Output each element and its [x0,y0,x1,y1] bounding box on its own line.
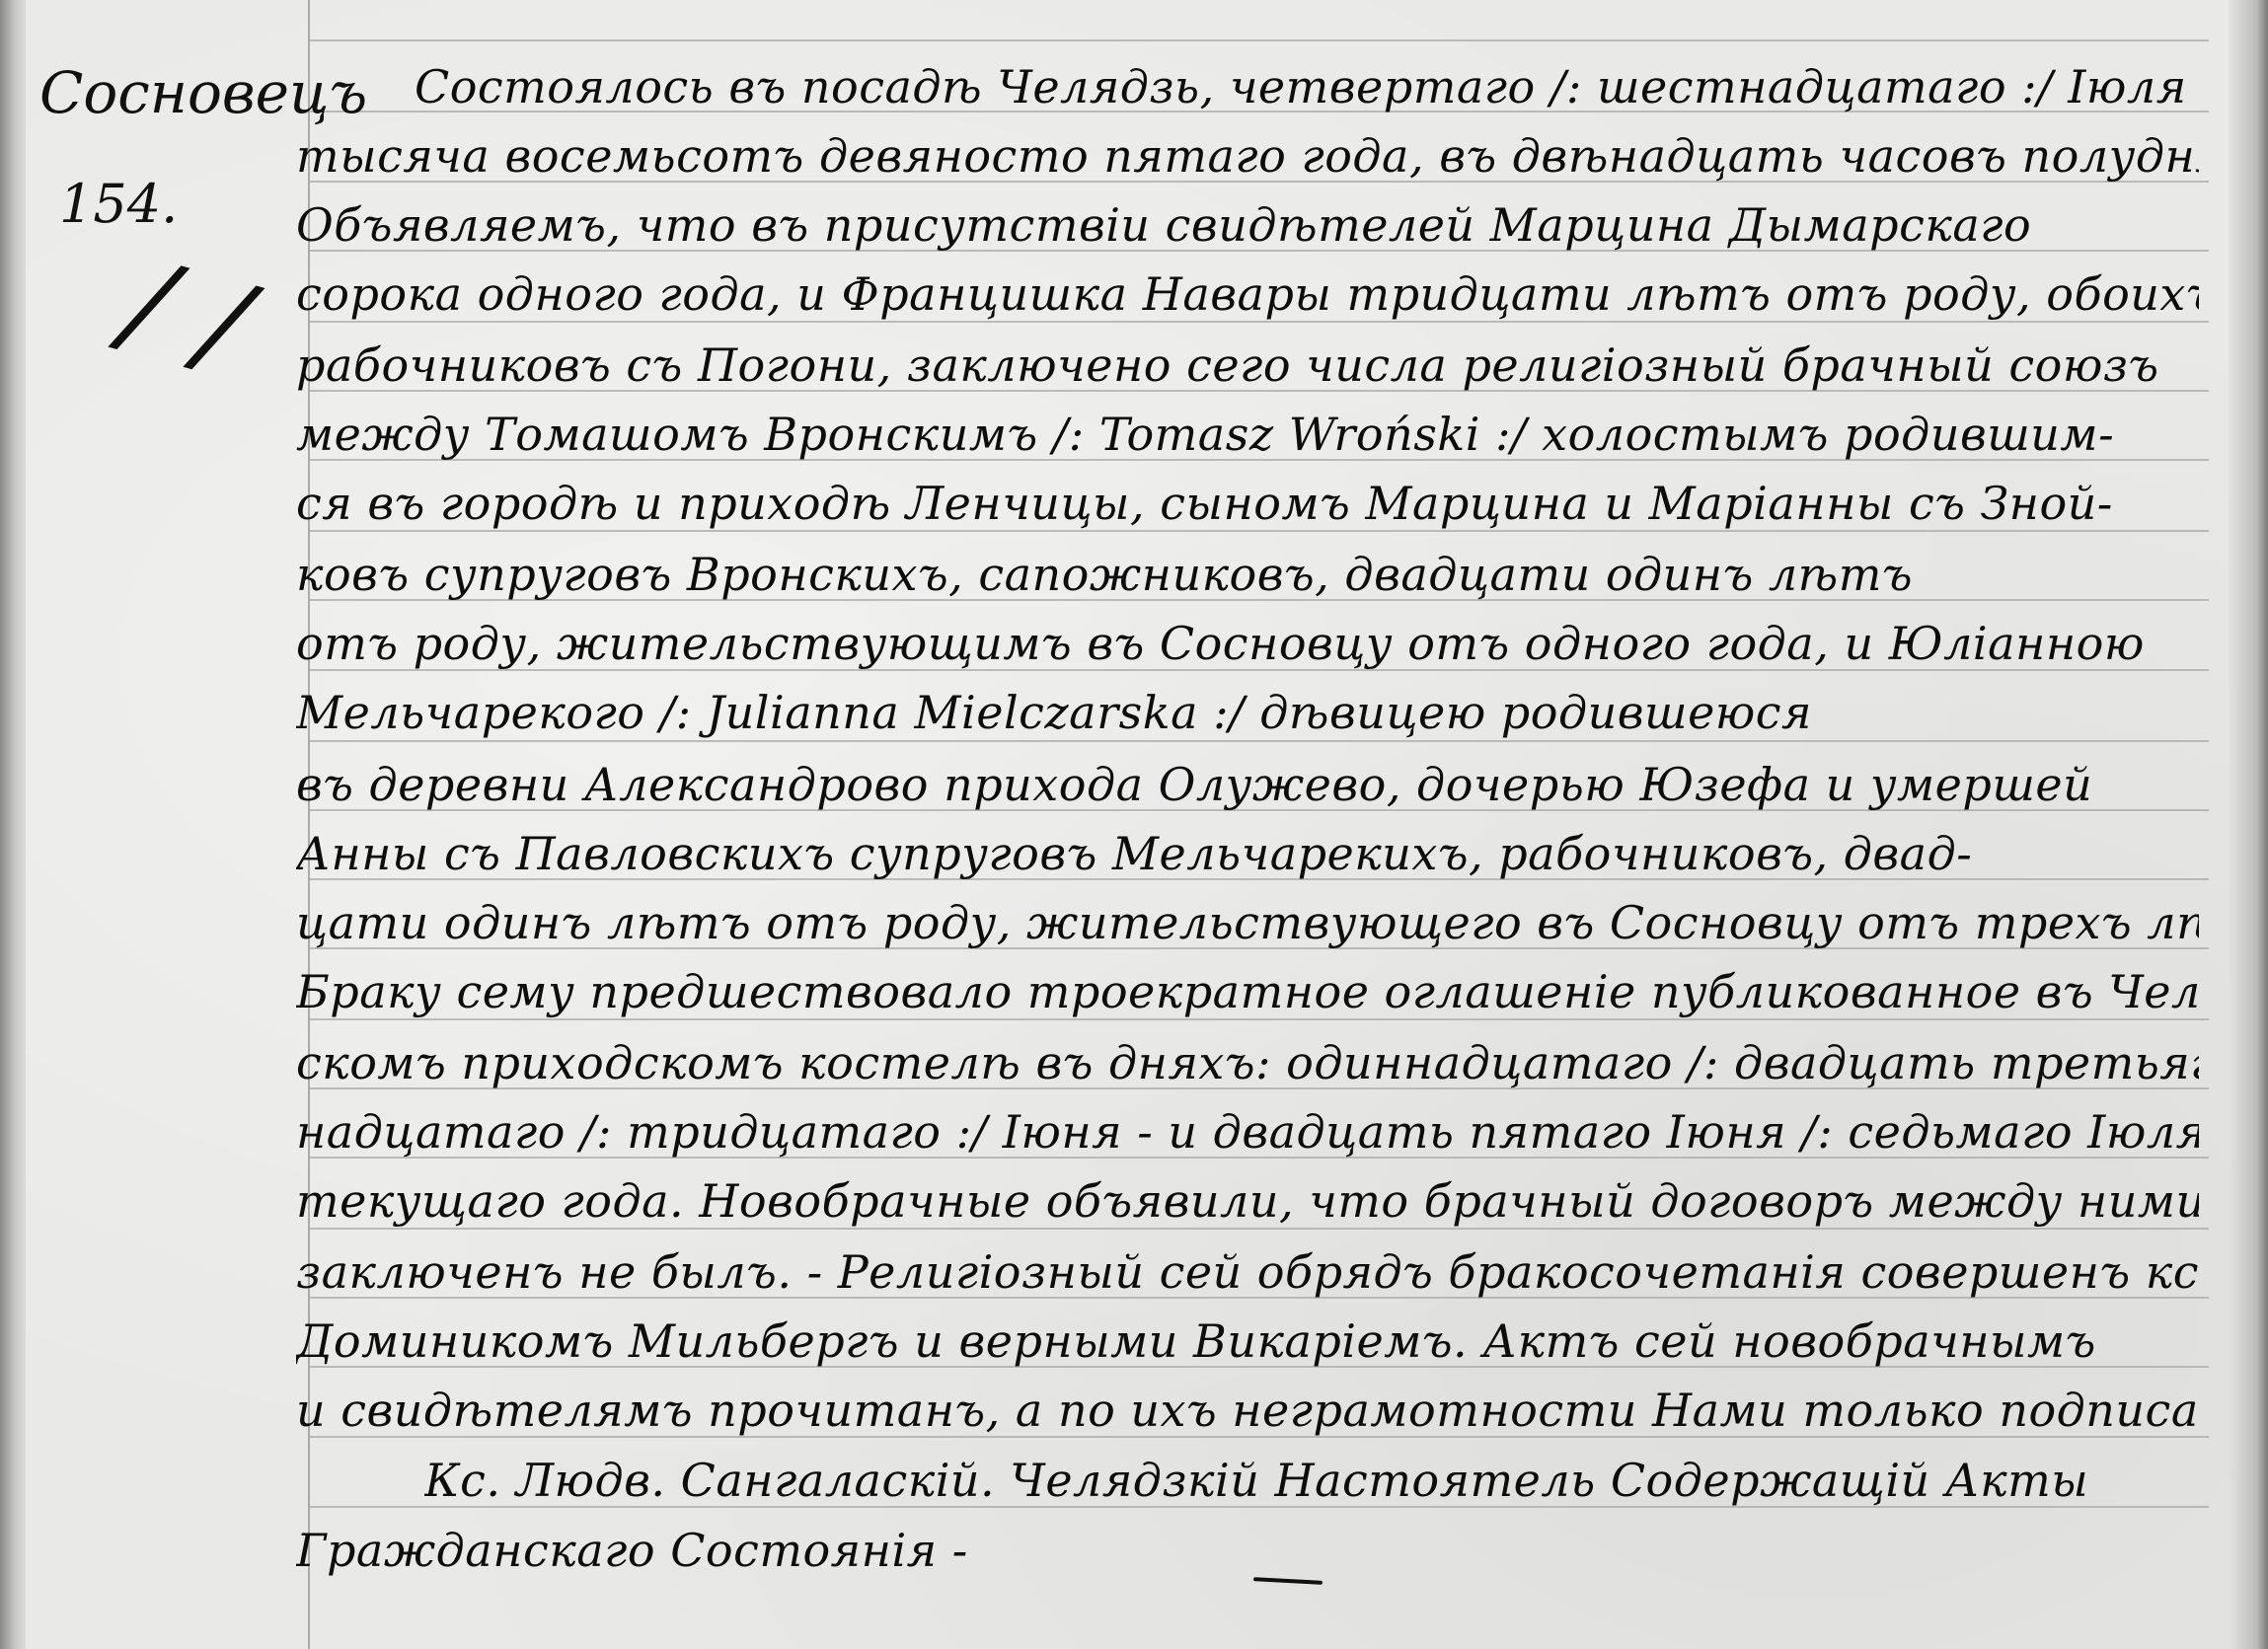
text-line: цати одинъ лѣтъ отъ роду, жительствующег… [296,893,2199,952]
document-page: Сосновецъ 154. / / Состоялось въ посадѣ … [0,0,2268,1649]
text-line: Анны съ Павловскихъ супруговъ Мельчареки… [296,824,2199,883]
text-line: Состоялось въ посадѣ Челядзь, четвертаго… [415,57,2199,116]
text-line: и свидѣтелямъ прочитанъ, а по ихъ неграм… [296,1381,2199,1440]
text-line: отъ роду, жительствующимъ въ Сосновцу от… [296,614,2199,673]
book-binding-edge [0,0,26,1649]
signature-line: Кс. Людв. Сангаласкій. Челядзкій Настоят… [424,1451,2199,1510]
page-right-edge [2229,0,2268,1649]
text-line: рабочниковъ съ Погони, заключено сего чи… [296,336,2199,395]
text-line: Доминикомъ Мильбергъ и верными Викаріемъ… [296,1312,2199,1371]
text-line: Объявляемъ, что въ присутствіи свидѣтеле… [296,195,2199,255]
text-line: скомъ приходскомъ костелѣ въ дняхъ: один… [296,1033,2199,1092]
text-line: ковъ супруговъ Вронскихъ, сапожниковъ, д… [296,545,2199,604]
text-line: надцатаго /: тридцатаго :/ Іюня - и двад… [296,1102,2199,1162]
record-number: 154. [59,173,178,235]
text-line: ся въ городѣ и приходѣ Ленчицы, сыномъ М… [296,474,2199,533]
text-line: Гражданскаго Состоянія - [296,1521,2199,1580]
margin-marks: / / [113,234,262,397]
text-line: Браку сему предшествовало троекратное ог… [296,962,2199,1021]
ruled-line [308,39,2209,41]
text-line: между Томашомъ Вронскимъ /: Tomasz Wrońs… [296,405,2199,464]
text-line: заключенъ не былъ. - Религіозный сей обр… [296,1242,2199,1302]
text-line: сорока одного года, и Францишка Навары т… [296,264,2199,324]
text-line: текущаго года. Новобрачные объявили, что… [296,1171,2199,1231]
margin-place-name: Сосновецъ [39,59,367,126]
text-line: въ деревни Александрово прихода Олужево,… [296,755,2199,814]
text-line: Мельчарекого /: Julianna Mielczarska :/ … [296,683,2199,742]
text-line: тысяча восемьсотъ девяносто пятаго года,… [296,126,2199,186]
